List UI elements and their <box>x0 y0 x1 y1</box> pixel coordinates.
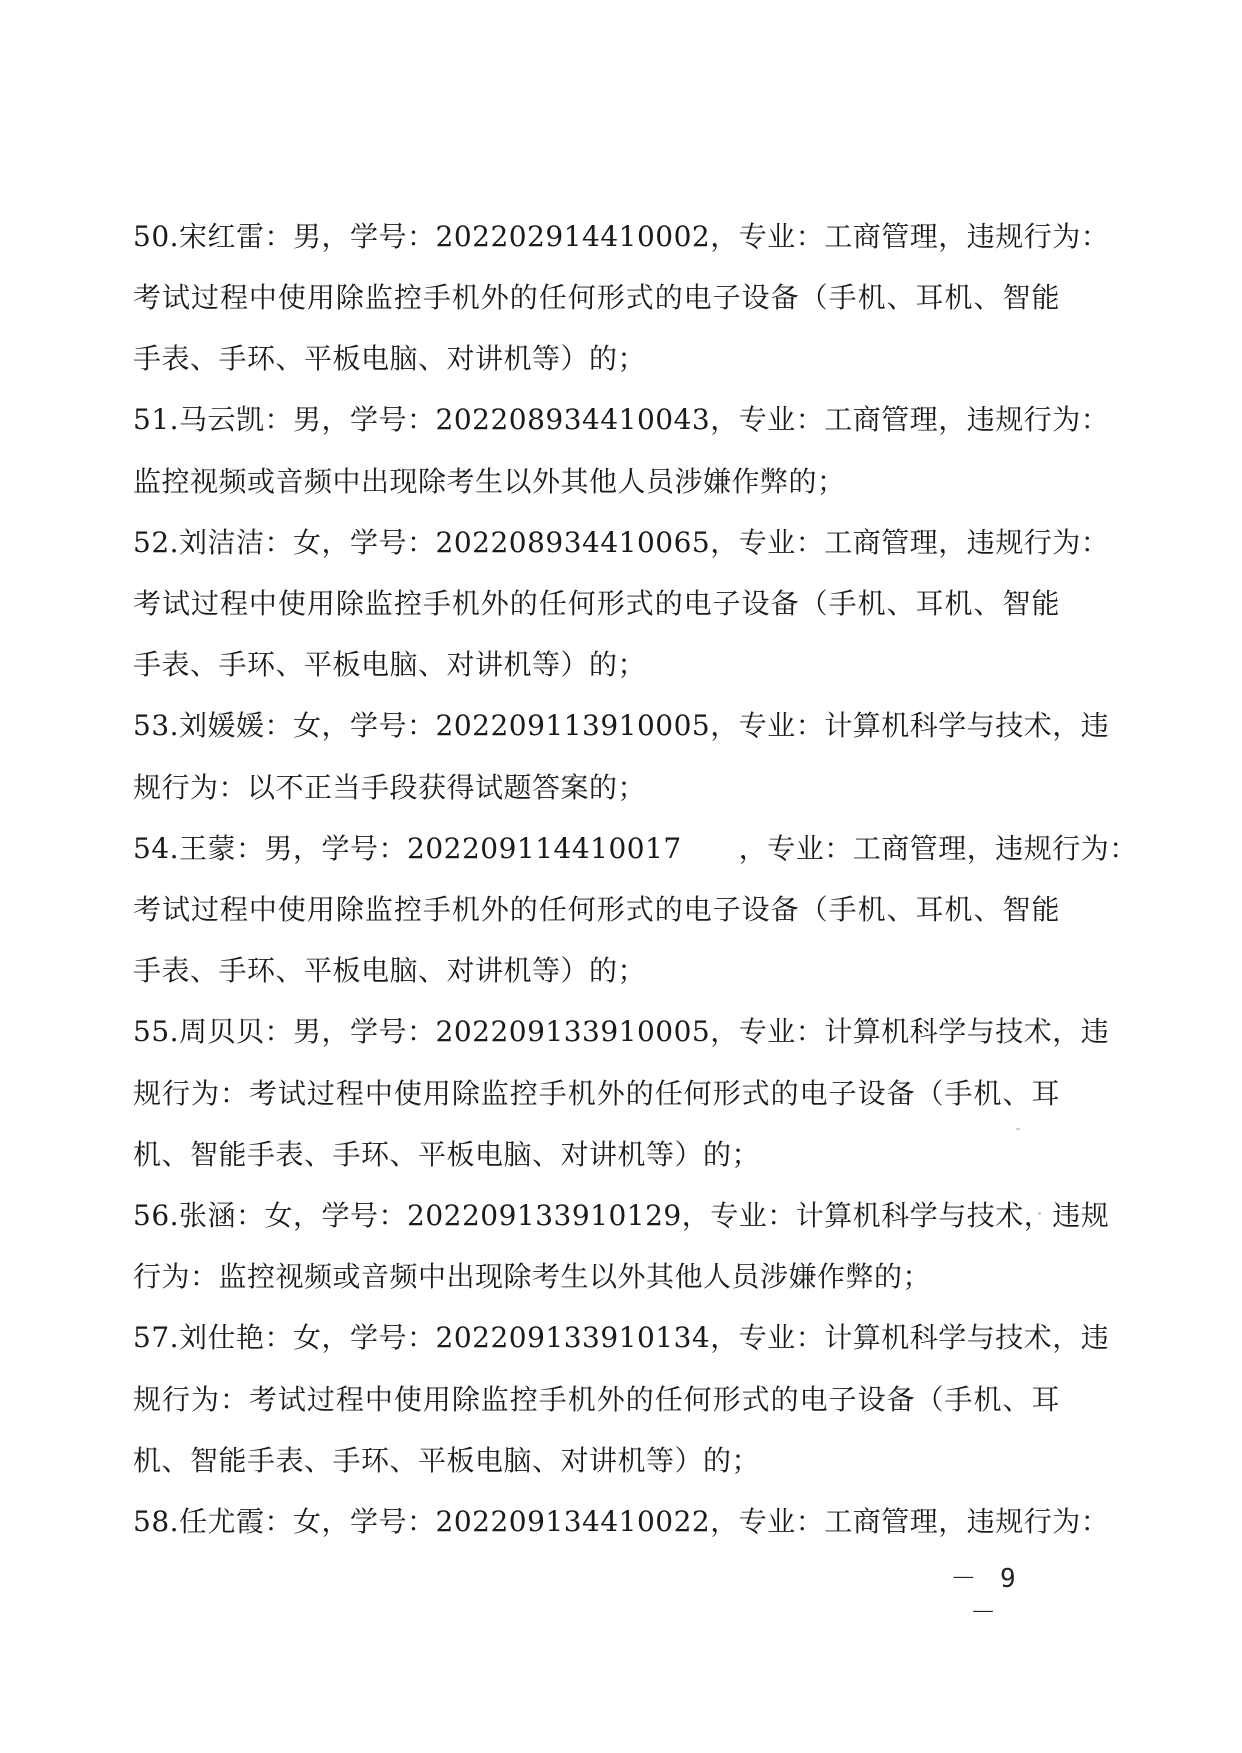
entry-51-line-1: 51.马云凯：男，学号：202208934410043，专业：工商管理，违规行为… <box>133 403 1060 437</box>
entry-50-line-3: 手表、手环、平板电脑、对讲机等）的； <box>133 342 1060 376</box>
entry-58-line-1: 58.任尤霞：女，学号：202209134410022，专业：工商管理，违规行为… <box>133 1505 1060 1539</box>
scan-speck <box>1016 1128 1020 1130</box>
entry-55-line-2: 规行为：考试过程中使用除监控手机外的任何形式的电子设备（手机、耳 <box>133 1077 1060 1111</box>
entry-57-line-1: 57.刘仕艳：女，学号：202209133910134，专业：计算机科学与技术，… <box>133 1321 1060 1355</box>
scan-speck <box>1038 1212 1041 1215</box>
entry-56-line-1: 56.张涵：女，学号：202209133910129，专业：计算机科学与技术，违… <box>133 1199 1060 1233</box>
entry-55-line-3: 机、智能手表、手环、平板电脑、对讲机等）的； <box>133 1138 1060 1172</box>
entry-53-line-1: 53.刘媛媛：女，学号：202209113910005，专业：计算机科学与技术，… <box>133 709 1060 743</box>
entry-56-line-2: 行为：监控视频或音频中出现除考生以外其他人员涉嫌作弊的； <box>133 1260 1060 1294</box>
entry-57-line-2: 规行为：考试过程中使用除监控手机外的任何形式的电子设备（手机、耳 <box>133 1383 1060 1417</box>
entry-57-line-3: 机、智能手表、手环、平板电脑、对讲机等）的； <box>133 1444 1060 1478</box>
entry-55-line-1: 55.周贝贝：男，学号：202209133910005，专业：计算机科学与技术，… <box>133 1015 1060 1049</box>
entry-52-line-3: 手表、手环、平板电脑、对讲机等）的； <box>133 648 1060 682</box>
entry-52-line-1: 52.刘洁洁：女，学号：202208934410065，专业：工商管理，违规行为… <box>133 526 1060 560</box>
entry-50-line-1: 50.宋红雷：男，学号：202202914410002，专业：工商管理，违规行为… <box>133 220 1060 254</box>
entry-54-line-1: 54.王蒙：男，学号：202209114410017 ，专业：工商管理，违规行为… <box>133 832 1060 866</box>
entry-54-line-3: 手表、手环、平板电脑、对讲机等）的； <box>133 954 1060 988</box>
scan-speck <box>358 905 361 907</box>
entry-51-line-2: 监控视频或音频中出现除考生以外其他人员涉嫌作弊的； <box>133 465 1060 499</box>
entry-52-line-2: 考试过程中使用除监控手机外的任何形式的电子设备（手机、耳机、智能 <box>133 587 1060 621</box>
page-number: － 9 － <box>940 1562 1030 1630</box>
entry-50-line-2: 考试过程中使用除监控手机外的任何形式的电子设备（手机、耳机、智能 <box>133 281 1060 315</box>
entry-53-line-2: 规行为：以不正当手段获得试题答案的； <box>133 771 1060 805</box>
entry-54-line-2: 考试过程中使用除监控手机外的任何形式的电子设备（手机、耳机、智能 <box>133 893 1060 927</box>
document-page: 50.宋红雷：男，学号：202202914410002，专业：工商管理，违规行为… <box>0 0 1242 1753</box>
